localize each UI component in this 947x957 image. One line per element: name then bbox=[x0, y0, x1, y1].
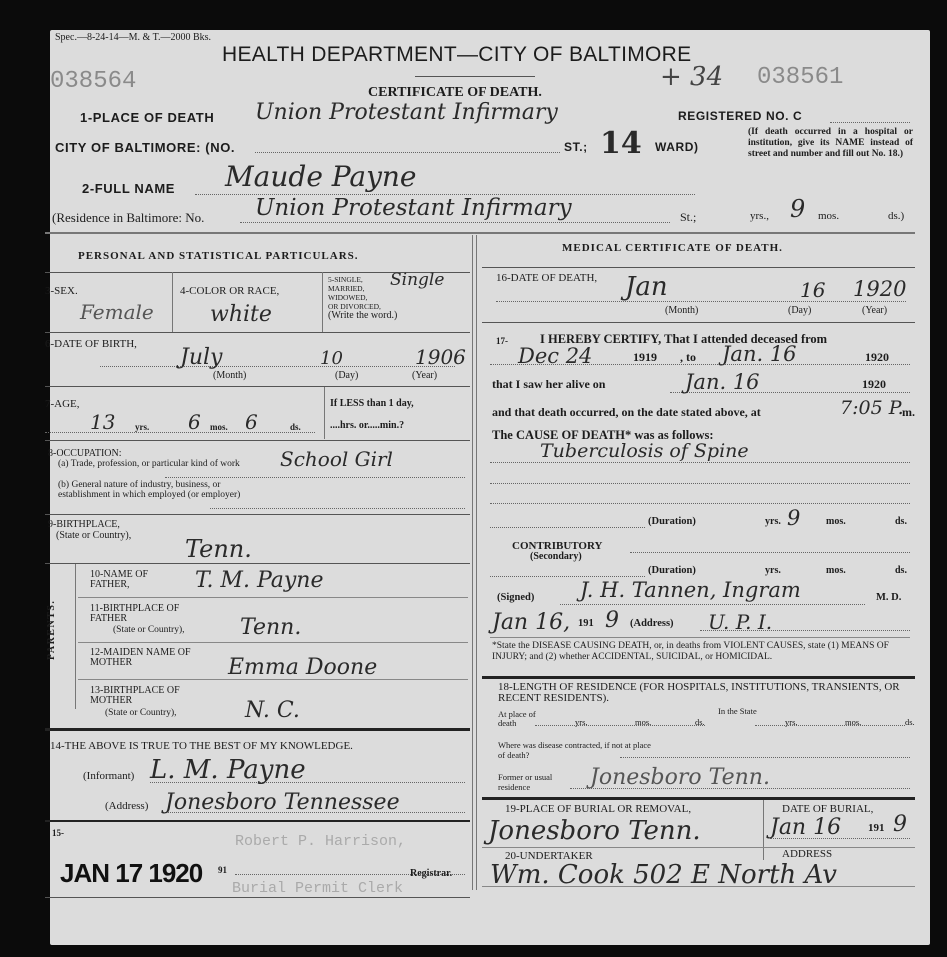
date-of-death-year: 1920 bbox=[853, 277, 906, 301]
contributory-yrs-label: yrs. bbox=[765, 565, 781, 576]
cause-value: Tuberculosis of Spine bbox=[540, 440, 749, 462]
in-state-label: In the State bbox=[718, 706, 758, 716]
occupation-b-label: (b) General nature of industry, business… bbox=[58, 480, 273, 500]
father-name-label: 10-NAME OF FATHER, bbox=[90, 570, 180, 590]
page-title: HEALTH DEPARTMENT—CITY OF BALTIMORE bbox=[222, 43, 691, 67]
saw-alive-year: 1920 bbox=[862, 377, 886, 392]
burial-date-label: DATE OF BURIAL, bbox=[782, 803, 873, 815]
personal-section-title: PERSONAL AND STATISTICAL PARTICULARS. bbox=[78, 250, 359, 262]
contributory-ds-label: ds. bbox=[895, 565, 907, 576]
attended-from-year: 1919 bbox=[633, 350, 657, 365]
signed-label: (Signed) bbox=[497, 592, 534, 603]
birthplace-sub: (State or Country), bbox=[56, 530, 131, 541]
marital-value: Single bbox=[390, 270, 444, 290]
burial-year-digit: 9 bbox=[893, 812, 907, 837]
sex-label: 3-SEX. bbox=[45, 285, 78, 297]
age-label: 7-AGE, bbox=[45, 398, 80, 410]
full-name-label: 2-FULL NAME bbox=[82, 181, 175, 196]
ward-value: 14 bbox=[600, 126, 642, 161]
date-of-death-month: Jan bbox=[625, 272, 668, 302]
informant-value: L. M. Payne bbox=[150, 755, 306, 785]
attended-to-year: 1920 bbox=[865, 350, 889, 365]
medical-section-title: MEDICAL CERTIFICATE OF DEATH. bbox=[562, 242, 783, 254]
registered-no-label: REGISTERED NO. C bbox=[678, 109, 802, 123]
registrar-stamp: Robert P. Harrison, bbox=[235, 833, 406, 850]
dob-month: July bbox=[180, 345, 222, 370]
clerk-stamp: Burial Permit Clerk bbox=[232, 880, 403, 897]
filed-date-stamp: JAN 17 1920 bbox=[60, 858, 202, 889]
father-birthplace-label: 11-BIRTHPLACE OF FATHER bbox=[90, 604, 190, 624]
attended-to: Jan. 16 bbox=[722, 342, 797, 366]
filing-year-suffix: 91 bbox=[218, 865, 227, 875]
at-place-yrs-label: yrs. bbox=[575, 717, 588, 727]
residence-mos-value: 9 bbox=[790, 195, 805, 223]
ward-label: WARD) bbox=[655, 140, 699, 154]
attended-from: Dec 24 bbox=[518, 344, 592, 368]
age-days-label: ds. bbox=[290, 422, 301, 432]
place-of-death-value: Union Protestant Infirmary bbox=[255, 100, 558, 125]
signature-date: Jan 16, bbox=[492, 610, 570, 635]
burial-year-prefix: 191 bbox=[868, 822, 885, 834]
informant-statement: 14-THE ABOVE IS TRUE TO THE BEST OF MY K… bbox=[50, 740, 353, 752]
hospital-note: (If death occurred in a hospital or inst… bbox=[748, 127, 913, 160]
date-of-death-label: 16-DATE OF DEATH, bbox=[496, 272, 597, 284]
father-birthplace-sub: (State or Country), bbox=[113, 625, 185, 635]
death-time-prefix: and that death occurred, on the date sta… bbox=[492, 405, 761, 420]
dob-label: 6-DATE OF BIRTH, bbox=[45, 338, 137, 350]
physician-address-value: U. P. I. bbox=[708, 610, 772, 634]
residence-value: Union Protestant Infirmary bbox=[255, 195, 572, 221]
signature-year-prefix: 191 bbox=[578, 618, 594, 629]
dod-day-caption: (Day) bbox=[788, 305, 811, 316]
saw-alive-date: Jan. 16 bbox=[685, 370, 760, 394]
informant-address-label: (Address) bbox=[105, 800, 148, 812]
dob-year: 1906 bbox=[415, 345, 466, 369]
father-name-value: T. M. Payne bbox=[195, 568, 324, 593]
birthplace-label: 9-BIRTHPLACE, bbox=[48, 519, 120, 530]
occupation-a-label: (a) Trade, profession, or particular kin… bbox=[58, 459, 273, 469]
race-label: 4-COLOR OR RACE, bbox=[180, 285, 279, 297]
certify-number: 17- bbox=[496, 336, 508, 346]
informant-address-value: Jonesboro Tennessee bbox=[165, 790, 400, 815]
residence-label: (Residence in Baltimore: No. bbox=[52, 210, 204, 226]
former-residence-value: Jonesboro Tenn. bbox=[590, 765, 770, 790]
dob-day-caption: (Day) bbox=[335, 370, 358, 381]
at-place-of-death-label: At place of death bbox=[498, 710, 538, 728]
mother-maiden-label: 12-MAIDEN NAME OF MOTHER bbox=[90, 648, 200, 668]
informant-label: (Informant) bbox=[83, 770, 134, 782]
stamp-number-right: 038561 bbox=[757, 64, 843, 91]
mother-birthplace-value: N. C. bbox=[245, 698, 300, 723]
in-state-yrs-label: yrs. bbox=[785, 717, 798, 727]
dob-year-caption: (Year) bbox=[412, 370, 437, 381]
burial-date-value: Jan 16 bbox=[770, 815, 841, 840]
cause-footnote: *State the DISEASE CAUSING DEATH, or, in… bbox=[492, 641, 914, 663]
age-years-label: yrs. bbox=[135, 422, 149, 432]
at-place-mos-label: mos. bbox=[635, 717, 651, 727]
residence-length-label: 18-LENGTH OF RESIDENCE (FOR HOSPITALS, I… bbox=[498, 682, 918, 704]
birthplace-value: Tenn. bbox=[185, 535, 252, 563]
city-label: CITY OF BALTIMORE: (NO. bbox=[55, 140, 235, 155]
dob-month-caption: (Month) bbox=[213, 370, 246, 381]
age-months: 6 bbox=[188, 410, 201, 434]
date-of-death-day: 16 bbox=[800, 278, 825, 302]
residence-ds-label: ds.) bbox=[888, 210, 904, 222]
physician-signature: J. H. Tannen, Ingram bbox=[580, 578, 801, 602]
contributory-duration-label: (Duration) bbox=[648, 565, 696, 576]
in-state-mos-label: mos. bbox=[845, 717, 861, 727]
duration-yrs-label: yrs. bbox=[765, 516, 781, 527]
occupation-a-value: School Girl bbox=[280, 447, 393, 471]
sex-value: Female bbox=[80, 300, 154, 324]
burial-place-label: 19-PLACE OF BURIAL OR REMOVAL, bbox=[505, 803, 691, 815]
mother-maiden-value: Emma Doone bbox=[228, 655, 377, 680]
mother-birthplace-label: 13-BIRTHPLACE OF MOTHER bbox=[90, 686, 190, 706]
death-time-suffix: m. bbox=[902, 405, 915, 420]
duration-ds-label: ds. bbox=[895, 516, 907, 527]
mother-birthplace-sub: (State or Country), bbox=[105, 708, 177, 718]
stamp-number-left: 038564 bbox=[50, 68, 136, 95]
parents-side-label: PARENTS. bbox=[46, 600, 57, 660]
duration-years: 9 bbox=[787, 506, 800, 530]
md-label: M. D. bbox=[876, 592, 901, 603]
hrs-min-label: ....hrs. or.....min.? bbox=[330, 420, 404, 431]
attended-to-label: , to bbox=[680, 350, 696, 365]
duration-label: (Duration) bbox=[648, 516, 696, 527]
undertaker-address-label: ADDRESS bbox=[782, 848, 832, 860]
registrar-label: Registrar. bbox=[410, 868, 452, 879]
physician-address-label: (Address) bbox=[630, 618, 674, 629]
duration-mos-label: mos. bbox=[826, 516, 846, 527]
residence-mos-label: mos. bbox=[818, 210, 839, 222]
dod-month-caption: (Month) bbox=[665, 305, 698, 316]
residence-st-label: St.; bbox=[680, 210, 696, 225]
occupation-label: 8-OCCUPATION: bbox=[48, 448, 122, 459]
contributory-sub: (Secondary) bbox=[530, 551, 582, 562]
dob-day: 10 bbox=[320, 348, 343, 369]
signature-year-digit: 9 bbox=[605, 608, 619, 633]
race-value: white bbox=[210, 302, 272, 327]
full-name-value: Maude Payne bbox=[225, 160, 417, 193]
father-birthplace-value: Tenn. bbox=[240, 615, 301, 640]
residence-yrs-label: yrs., bbox=[750, 210, 769, 222]
place-of-death-label: 1-PLACE OF DEATH bbox=[80, 110, 214, 125]
less-than-day-label: If LESS than 1 day, bbox=[330, 398, 414, 409]
certificate-subtitle: CERTIFICATE OF DEATH. bbox=[368, 85, 542, 101]
burial-place-value: Jonesboro Tenn. bbox=[488, 816, 701, 846]
spec-line: Spec.—8-24-14—M. & T.—2000 Bks. bbox=[55, 32, 211, 43]
street-label: ST.; bbox=[564, 140, 588, 154]
dod-year-caption: (Year) bbox=[862, 305, 887, 316]
handwritten-mark: + 34 bbox=[660, 62, 723, 92]
contributory-mos-label: mos. bbox=[826, 565, 846, 576]
death-time: 7:05 P. bbox=[840, 397, 904, 419]
age-years: 13 bbox=[90, 410, 115, 434]
saw-alive-prefix: that I saw her alive on bbox=[492, 377, 605, 392]
former-residence-label: Former or usual residence bbox=[498, 772, 573, 792]
age-months-label: mos. bbox=[210, 422, 228, 432]
in-state-ds-label: ds. bbox=[905, 717, 915, 727]
filing-number-label: 15- bbox=[52, 828, 64, 838]
age-days: 6 bbox=[245, 410, 258, 434]
at-place-ds-label: ds. bbox=[695, 717, 705, 727]
